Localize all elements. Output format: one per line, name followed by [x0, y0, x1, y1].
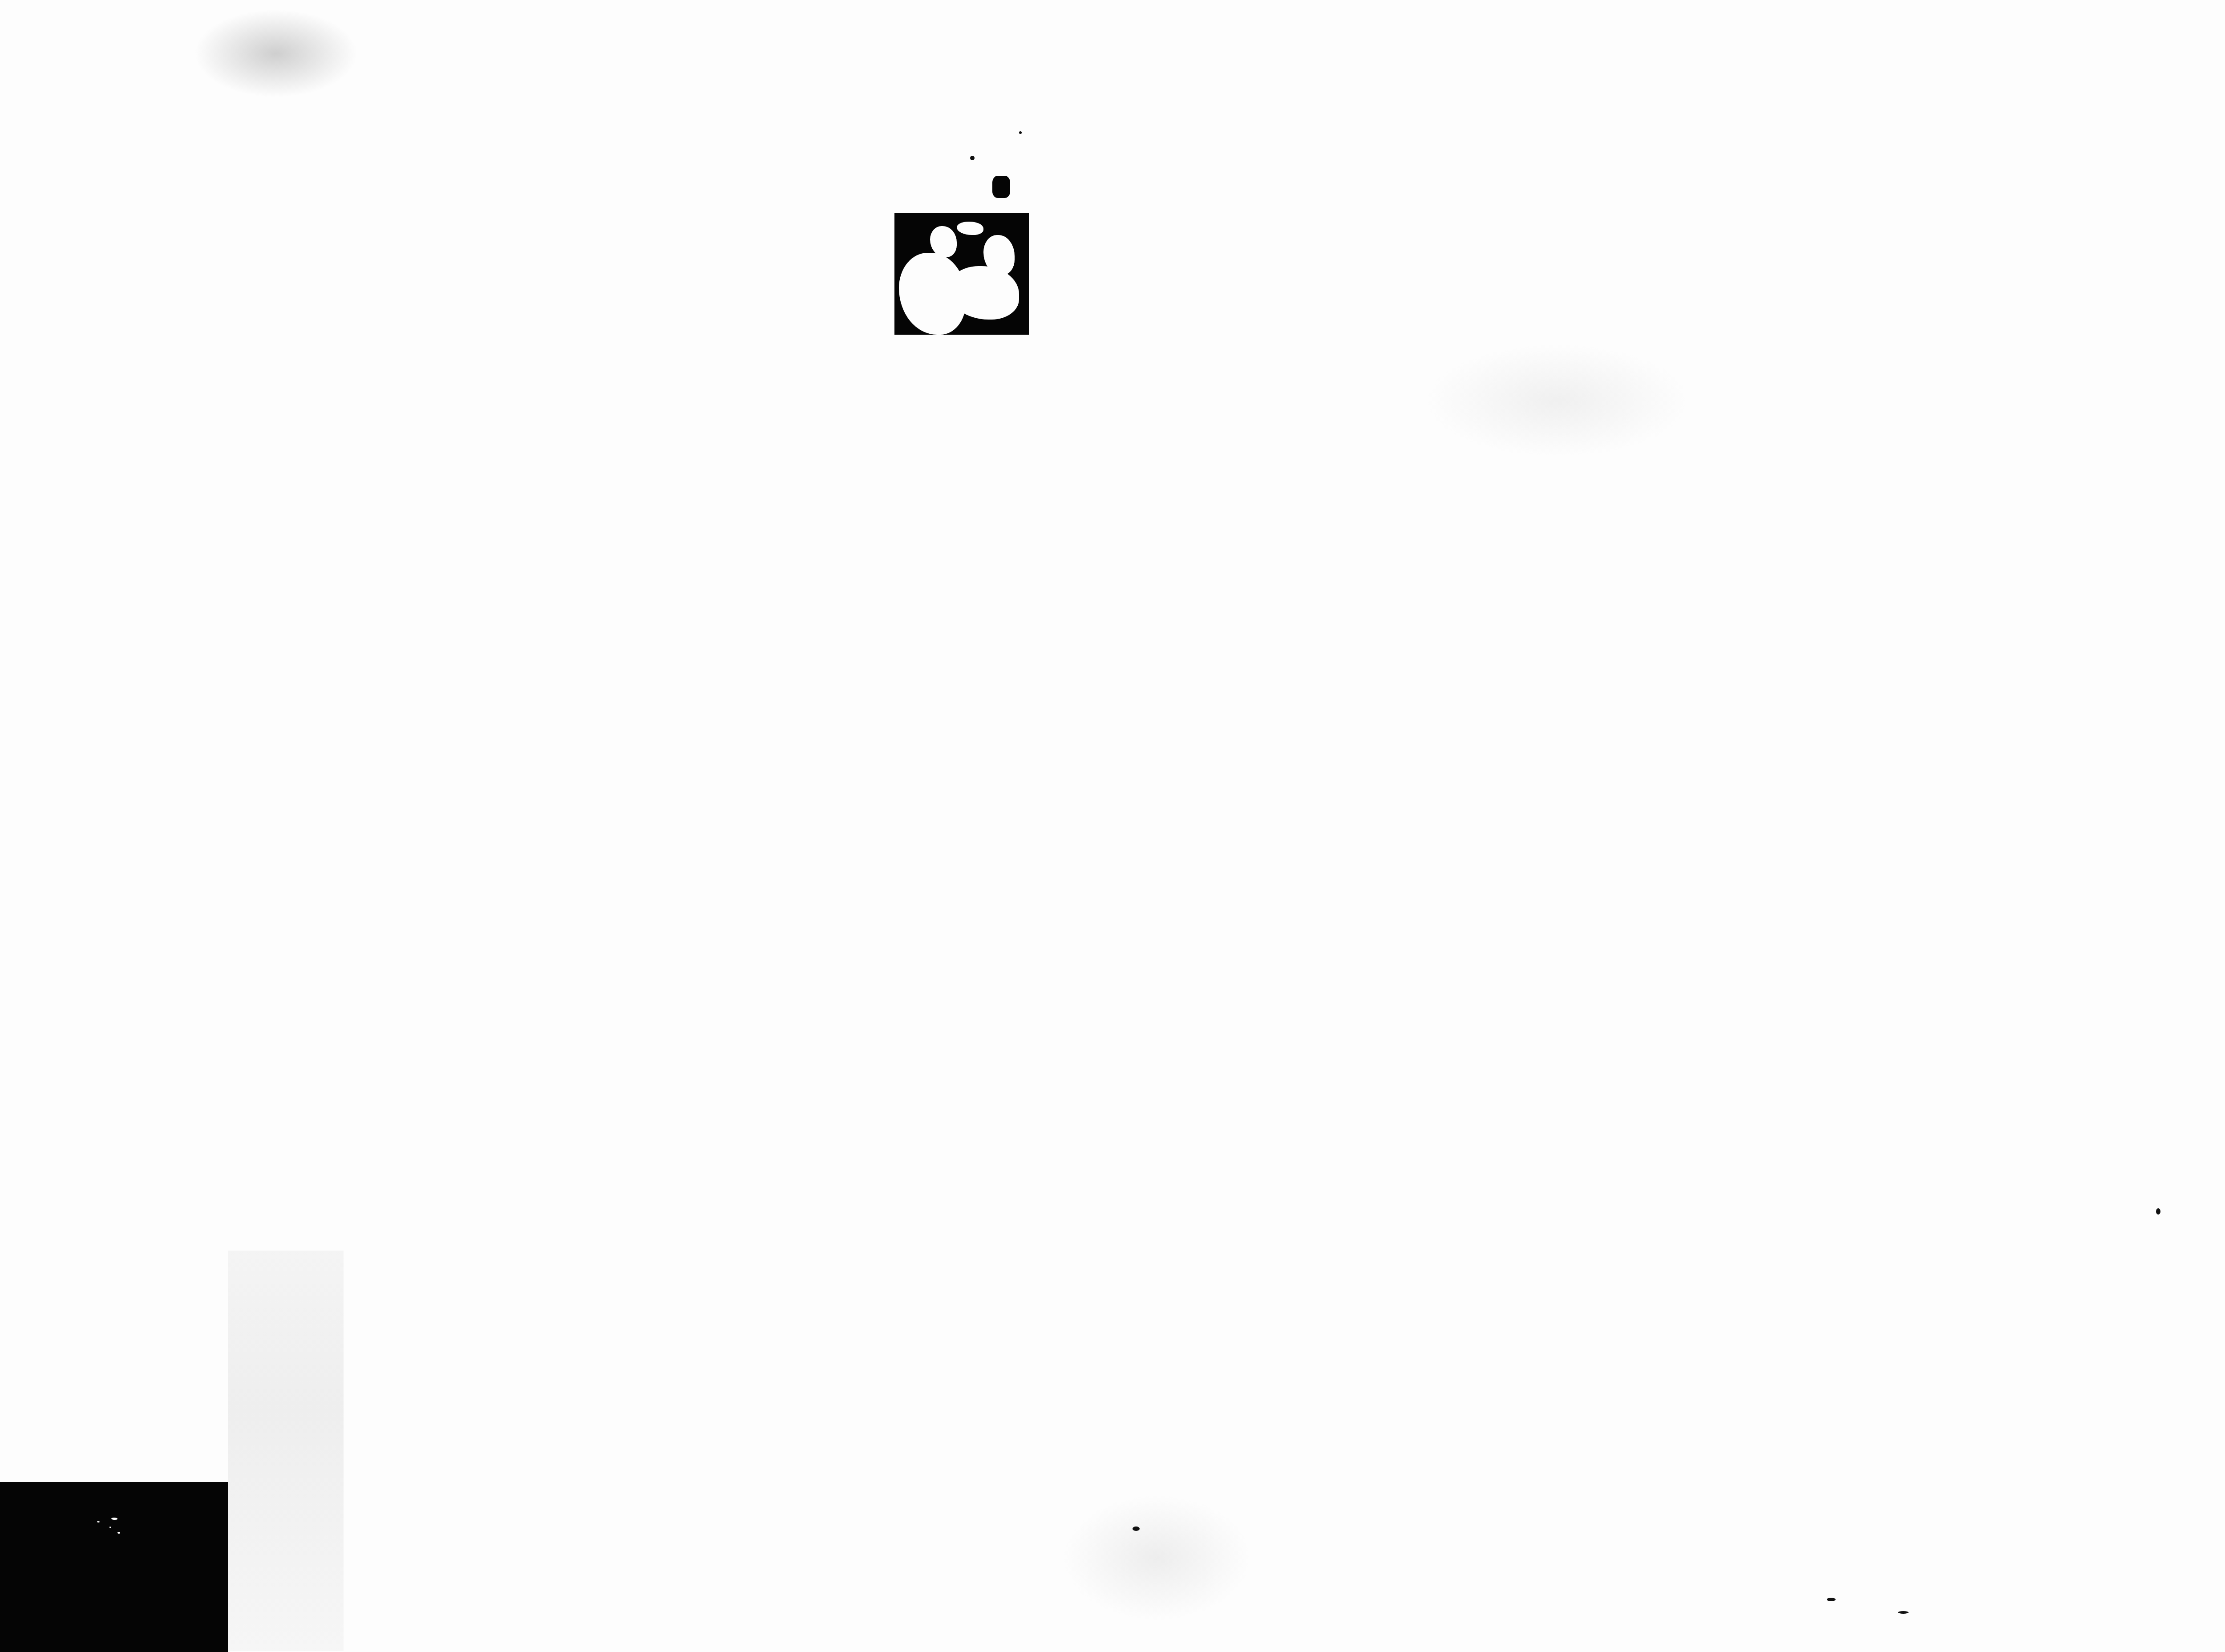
center-dark-block — [894, 213, 1029, 335]
dark-speck — [970, 156, 975, 160]
white-speck — [97, 1521, 100, 1522]
dark-speck — [2156, 1208, 2160, 1215]
white-speck — [111, 1518, 117, 1520]
dark-speck — [1133, 1526, 1140, 1531]
gray-texture-strip — [228, 1251, 344, 1651]
white-speck — [117, 1532, 120, 1534]
dark-speck — [1898, 1611, 1909, 1614]
bottom-left-dark-block — [0, 1482, 228, 1652]
white-speck — [109, 1526, 111, 1528]
image-canvas — [0, 0, 2225, 1652]
dark-speck — [1019, 131, 1022, 134]
white-blob — [957, 222, 983, 235]
dark-patch — [992, 176, 1010, 198]
dark-speck — [1827, 1598, 1836, 1601]
